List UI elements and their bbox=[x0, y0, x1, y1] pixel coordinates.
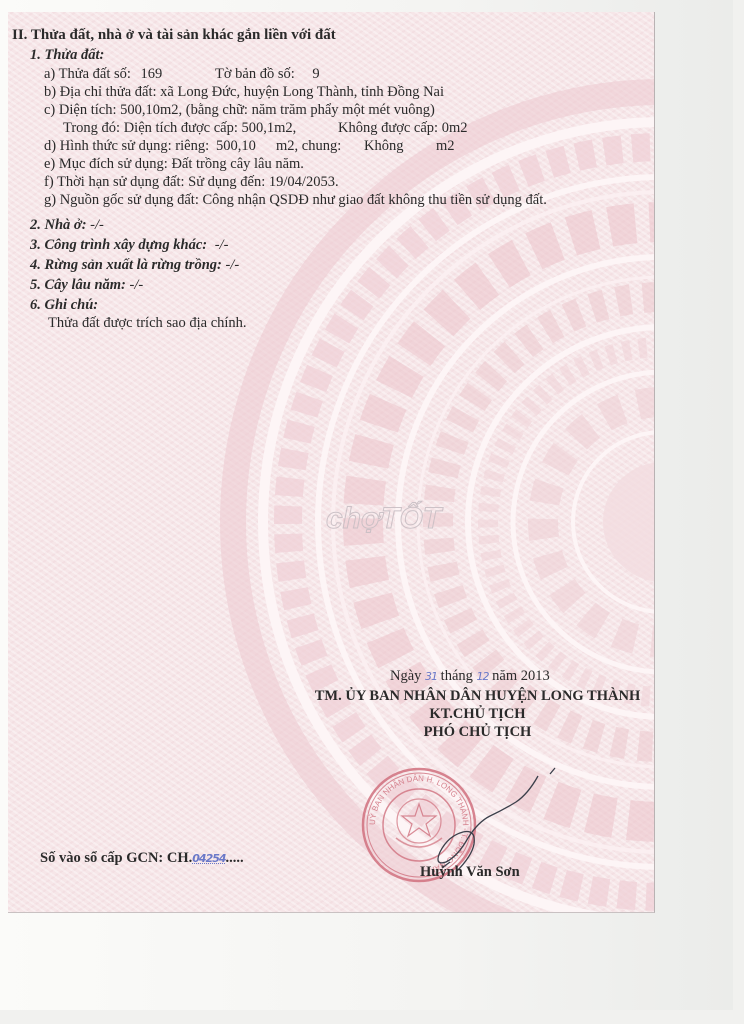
usage-unit: m2 bbox=[436, 137, 455, 155]
signer-role-2: PHÓ CHỦ TỊCH bbox=[305, 723, 650, 741]
issue-date: Ngày 31 tháng 12 năm 2013 bbox=[390, 667, 550, 686]
chotot-watermark: chợTỐT bbox=[326, 502, 441, 536]
usage-common-label: m2, chung: bbox=[276, 137, 341, 155]
usage-private-value: 500,10 bbox=[216, 137, 256, 155]
usage-common-value: Không bbox=[364, 137, 403, 155]
item-notes-heading: 6. Ghi chú: bbox=[30, 296, 98, 314]
certificate-page: chợTỐT II. Thửa đất, nhà ở và tài sản kh… bbox=[8, 12, 655, 913]
handwritten-registry-number: 04254 bbox=[192, 852, 225, 865]
parcel-number-value: 169 bbox=[141, 66, 163, 82]
item-perennial-trees: 5. Cây lâu năm: -/- bbox=[30, 276, 143, 294]
item-other-construction: 3. Công trình xây dựng khác: -/- bbox=[30, 236, 228, 254]
parcel-number-label: a) Thửa đất số: bbox=[44, 66, 131, 82]
item-planted-forest: 4. Rừng sản xuất là rừng trồng: -/- bbox=[30, 256, 239, 274]
map-sheet-value: 9 bbox=[312, 66, 319, 82]
handwritten-day: 31 bbox=[425, 670, 437, 683]
area-granted: Trong đó: Diện tích được cấp: 500,1m2, bbox=[63, 119, 296, 137]
parcel-number-row: a) Thửa đất số: 169 bbox=[44, 65, 162, 83]
usage-form-label: d) Hình thức sử dụng: riêng: bbox=[44, 137, 209, 155]
notes-text: Thửa đất được trích sao địa chính. bbox=[48, 314, 247, 332]
parcel-address: b) Địa chỉ thửa đất: xã Long Đức, huyện … bbox=[44, 83, 444, 101]
item-house: 2. Nhà ở: -/- bbox=[30, 216, 104, 234]
signer-name: Huỳnh Văn Sơn bbox=[420, 863, 520, 881]
registry-number: Số vào sổ cấp GCN: CH.04254..... bbox=[40, 849, 244, 868]
parcel-heading: 1. Thửa đất: bbox=[30, 46, 104, 64]
issuing-authority: TM. ỦY BAN NHÂN DÂN HUYỆN LONG THÀNH bbox=[305, 687, 650, 705]
area-not-granted: Không được cấp: 0m2 bbox=[338, 119, 468, 137]
handwritten-month: 12 bbox=[477, 670, 489, 683]
signer-role-1: KT.CHỦ TỊCH bbox=[305, 705, 650, 723]
usage-term: f) Thời hạn sử dụng đất: Sử dụng đến: 19… bbox=[44, 173, 339, 191]
parcel-area: c) Diện tích: 500,10m2, (bằng chữ: năm t… bbox=[44, 101, 435, 119]
map-sheet-row: Tờ bản đồ số: 9 bbox=[215, 65, 320, 83]
usage-purpose: e) Mục đích sử dụng: Đất trồng cây lâu n… bbox=[44, 155, 304, 173]
map-sheet-label: Tờ bản đồ số: bbox=[215, 66, 295, 82]
section-title: II. Thửa đất, nhà ở và tài sản khác gắn … bbox=[12, 26, 336, 44]
usage-origin: g) Nguồn gốc sử dụng đất: Công nhận QSDĐ… bbox=[44, 191, 547, 209]
